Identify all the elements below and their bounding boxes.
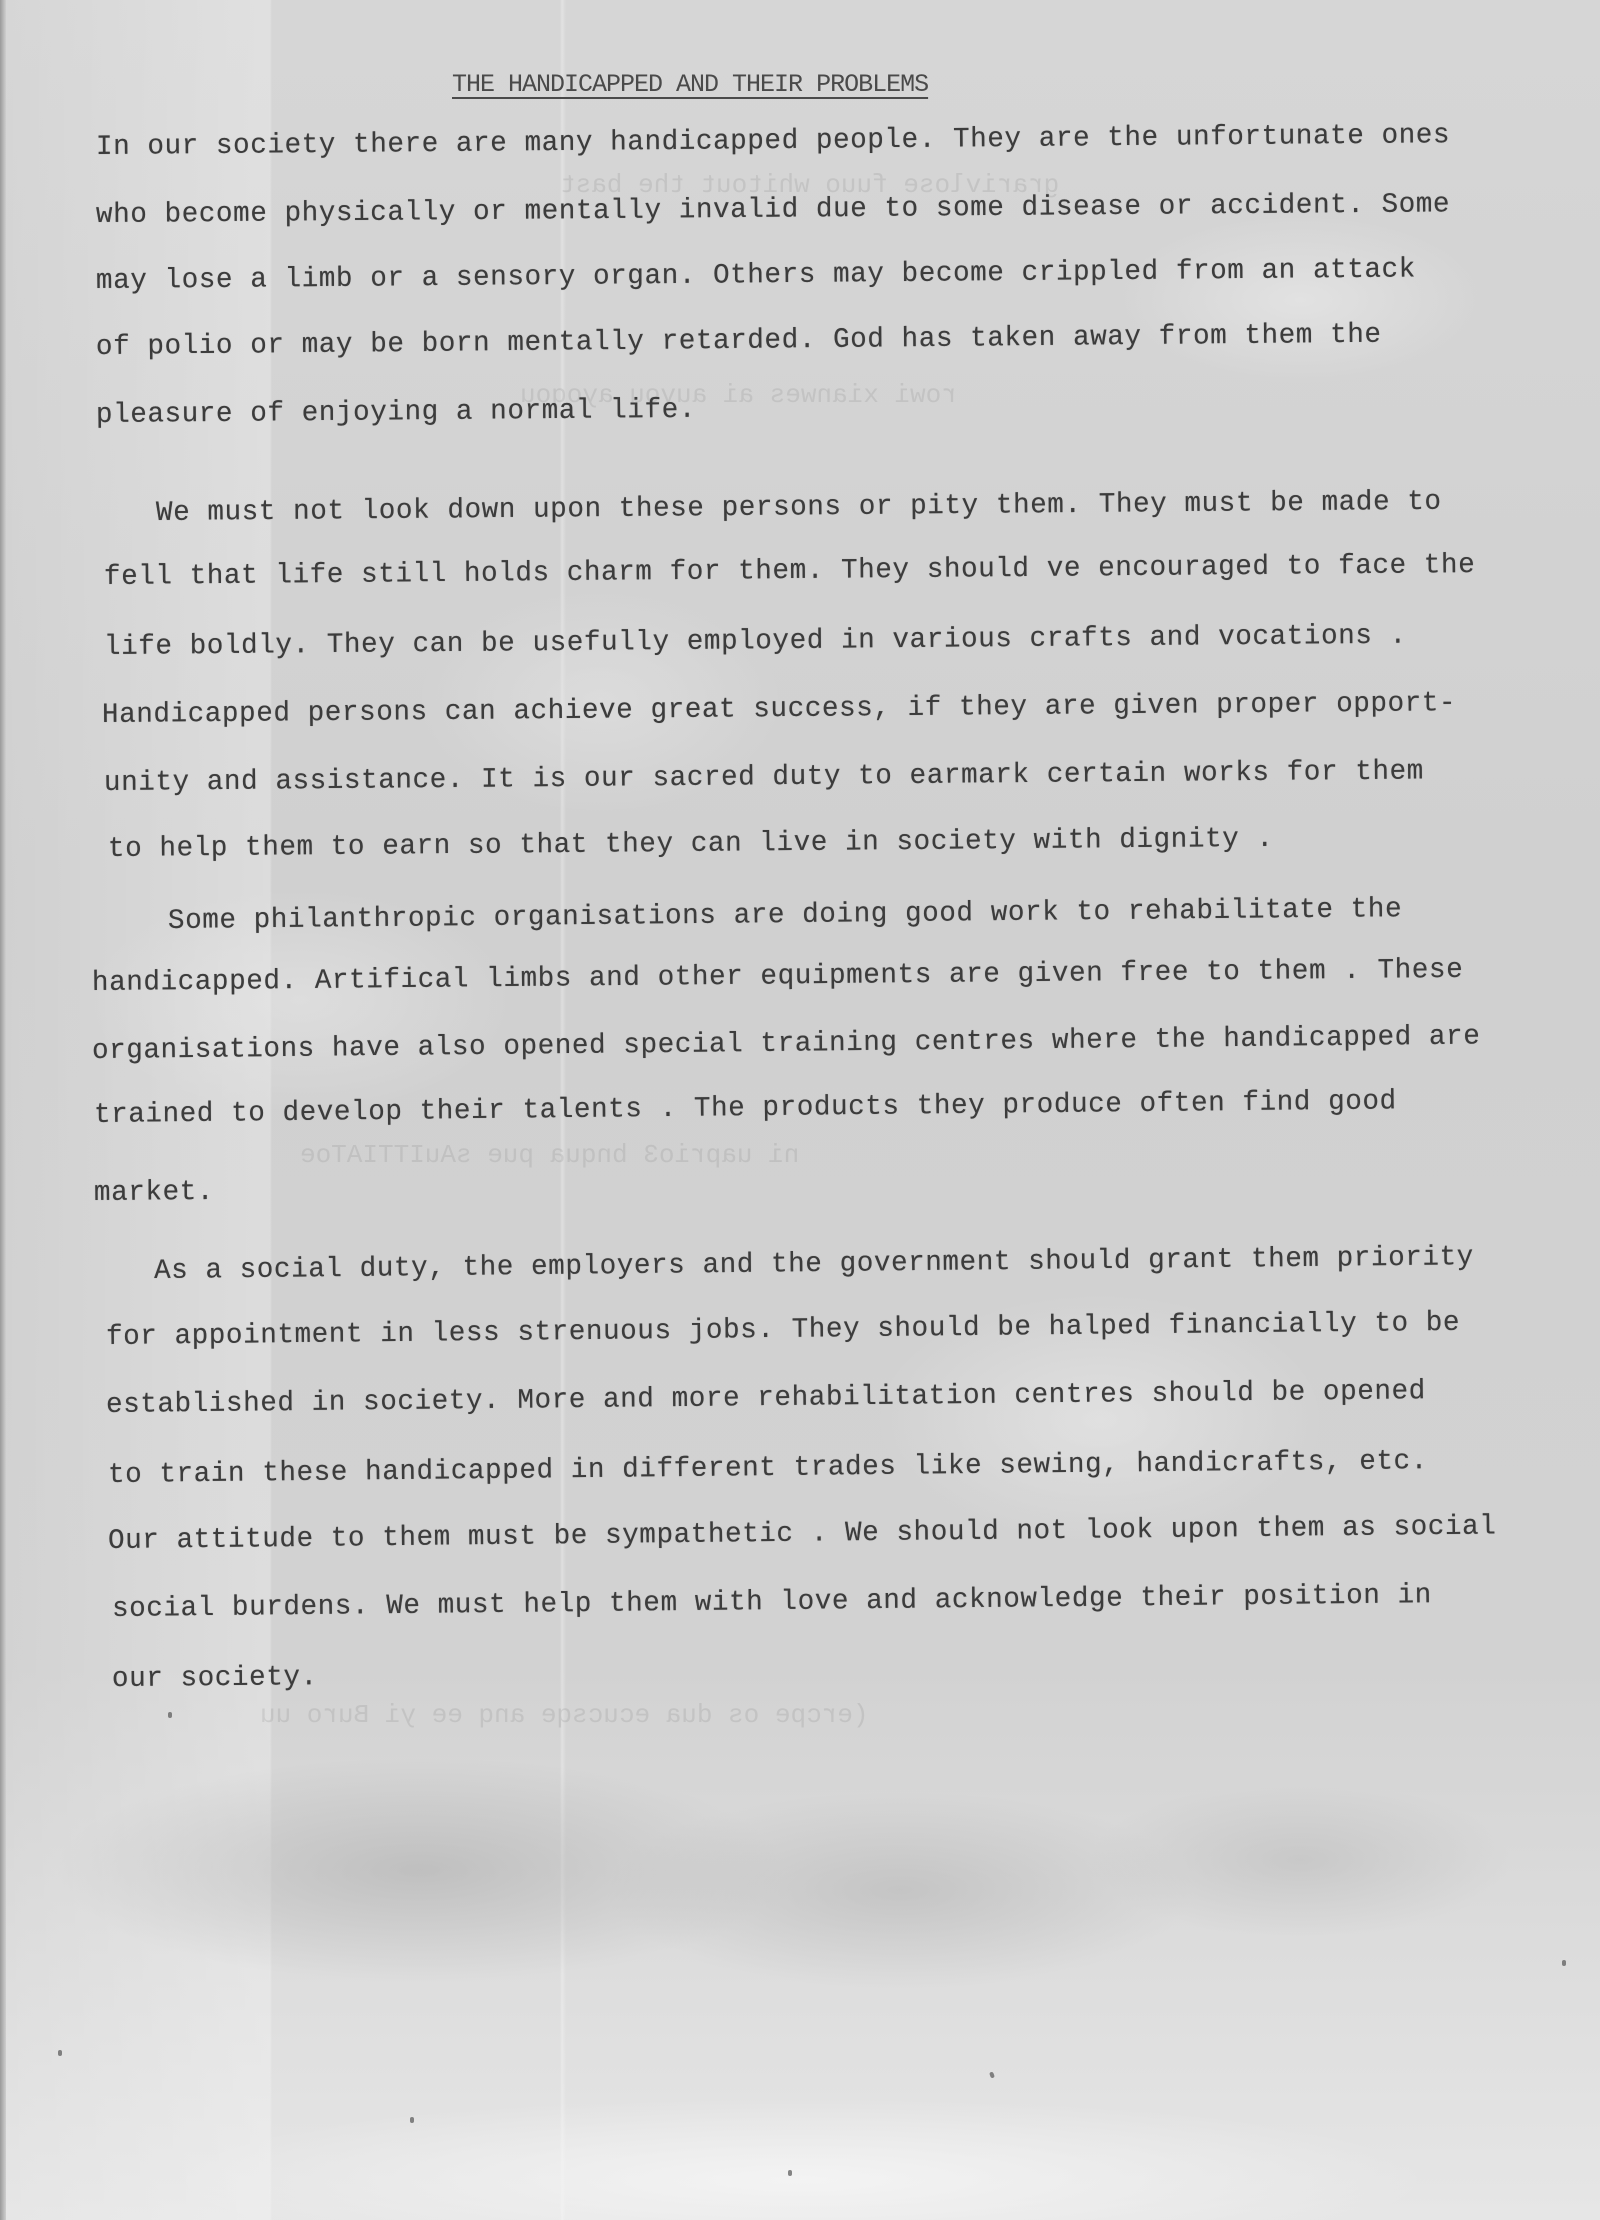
paragraph-3-line-1: Some philanthropic organisations are doi… (168, 894, 1402, 937)
paragraph-2-line-1: We must not look down upon these persons… (156, 487, 1442, 529)
paragraph-4-line-1: As a social duty, the employers and the … (154, 1242, 1474, 1287)
scan-speck (58, 2050, 62, 2056)
paragraph-4-line-7: our society. (112, 1662, 318, 1695)
paragraph-4-line-6: social burdens. We must help them with l… (112, 1580, 1432, 1625)
bleed-through-text: ni uaprio3 bnqua pue sAuITTIAToe (300, 1140, 799, 1170)
scan-speck (1562, 1960, 1566, 1966)
paragraph-4-line-5: Our attitude to them must be sympathetic… (108, 1511, 1497, 1557)
paragraph-4-line-4: to train these handicapped in different … (108, 1446, 1428, 1491)
paragraph-1-line-4: of polio or may be born mentally retarde… (96, 320, 1382, 363)
paragraph-2-line-6: to help them to earn so that they can li… (108, 824, 1274, 865)
paragraph-1-line-5: pleasure of enjoying a normal life. (96, 395, 696, 431)
paragraph-1-line-2: who become physically or mentally invali… (96, 189, 1450, 231)
paragraph-2-line-3: life boldly. They can be usefully employ… (104, 621, 1407, 663)
paragraph-4-line-3: established in society. More and more re… (106, 1376, 1426, 1421)
scan-speck (410, 2117, 414, 2123)
scanned-document-page: grarivlose fuuo whitout the bast rowi xi… (0, 0, 1600, 2220)
page-edge-shadow (0, 0, 6, 2220)
document-title: THE HANDICAPPED AND THEIR PROBLEMS (452, 70, 928, 99)
paragraph-2-line-2: fell that life still holds charm for the… (104, 550, 1476, 593)
scan-speck (788, 2170, 792, 2176)
paragraph-3-line-2: handicapped. Artifical limbs and other e… (92, 955, 1464, 999)
scan-speck (989, 2071, 995, 2078)
paragraph-1-line-1: In our society there are many handicappe… (96, 120, 1450, 163)
paragraph-1-line-3: may lose a limb or a sensory organ. Othe… (96, 254, 1416, 297)
paragraph-3-line-4: trained to develop their talents . The p… (94, 1086, 1397, 1131)
paragraph-2-line-4: Handicapped persons can achieve great su… (102, 688, 1456, 731)
paragraph-3-line-5: market. (94, 1177, 214, 1209)
paragraph-2-line-5: unity and assistance. It is our sacred d… (104, 756, 1424, 799)
scan-speck (168, 1712, 172, 1718)
paragraph-4-line-2: for appointment in less strenuous jobs. … (106, 1308, 1460, 1353)
bleed-through-text: (ercpe os dua ecucsqe anq ee yi Buro uu (260, 1700, 869, 1730)
paragraph-3-line-3: organisations have also opened special t… (92, 1021, 1481, 1067)
